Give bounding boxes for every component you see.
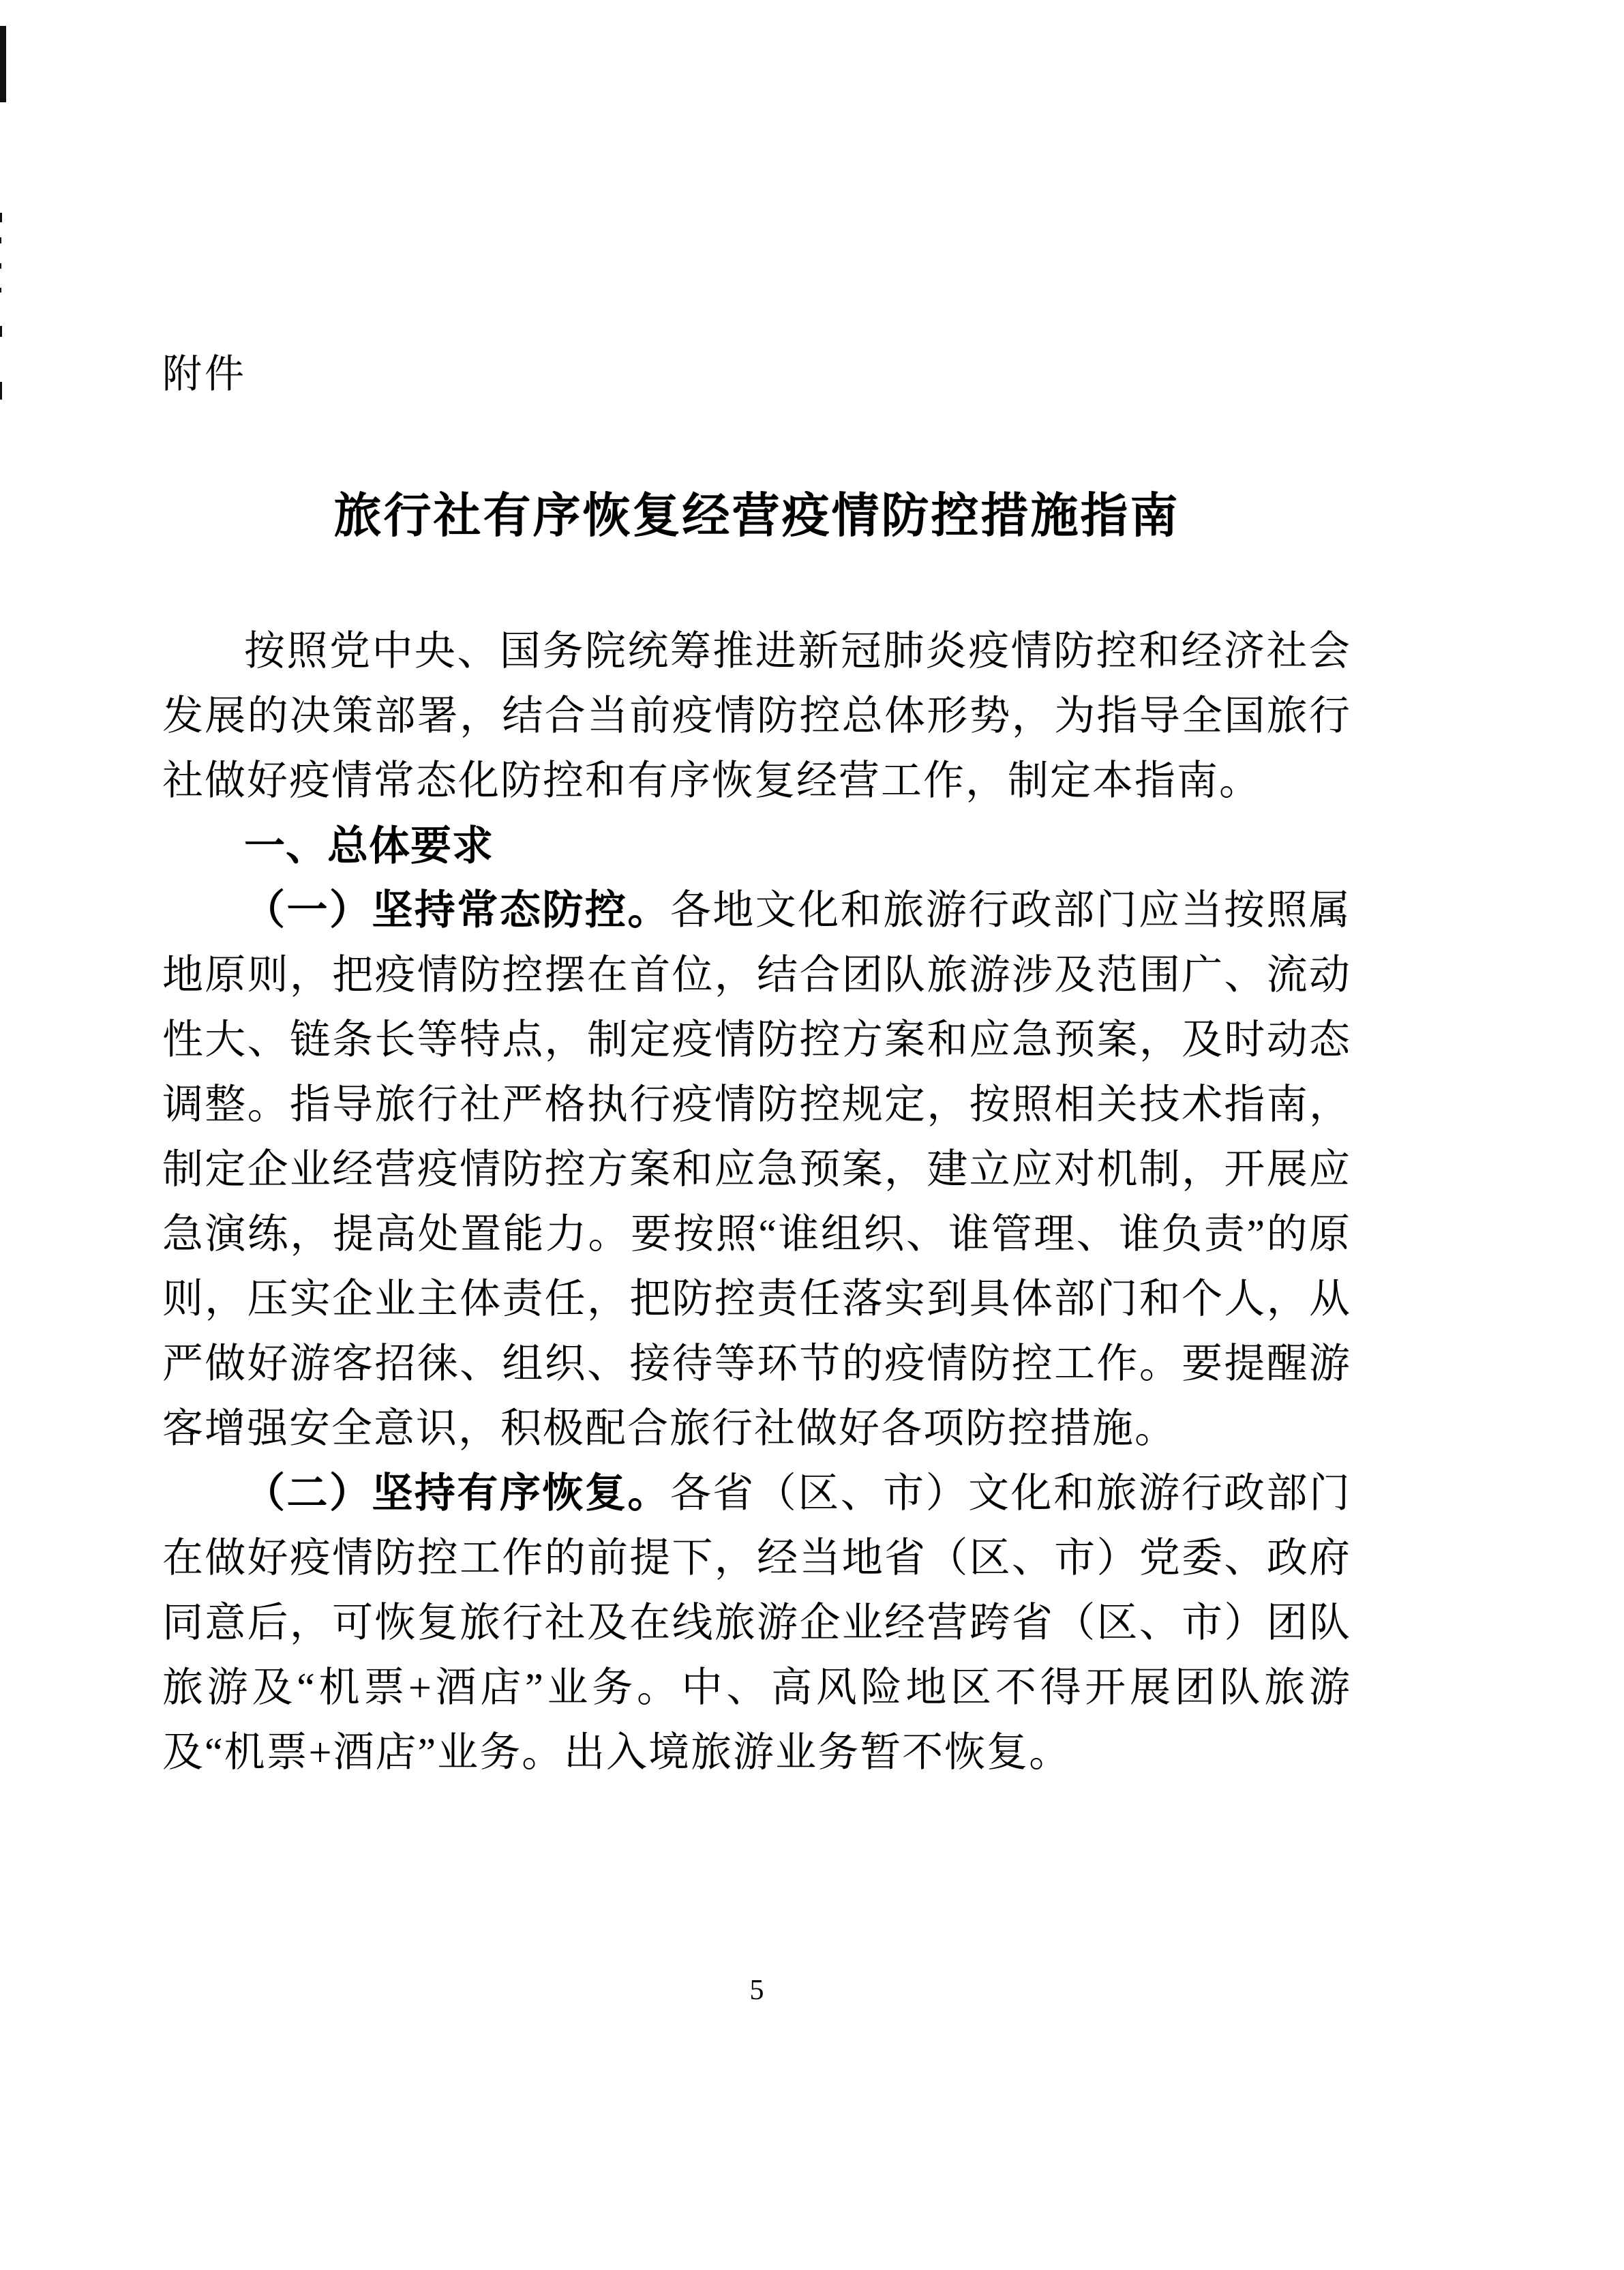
item-2-text: 各省（区、市）文化和旅游行政部门在做好疫情防控工作的前提下，经当地省（区、市）党… — [162, 1471, 1351, 1775]
page-number: 5 — [162, 1976, 1351, 2005]
item-1-lead: （一）坚持常态防控。 — [244, 888, 670, 933]
document-page: 附件 旅行社有序恢复经营疫情防控措施指南 按照党中央、国务院统筹推进新冠肺炎疫情… — [0, 0, 1624, 2270]
document-title: 旅行社有序恢复经营疫情防控措施指南 — [162, 487, 1351, 547]
document-body: 按照党中央、国务院统筹推进新冠肺炎疫情防控和经济社会发展的决策部署，结合当前疫情… — [162, 619, 1351, 1785]
item-1-text: 各地文化和旅游行政部门应当按照属地原则，把疫情防控摆在首位，结合团队旅游涉及范围… — [162, 888, 1351, 1451]
scan-artifact-mark — [0, 263, 1, 269]
attachment-label: 附件 — [162, 355, 247, 394]
intro-paragraph: 按照党中央、国务院统筹推进新冠肺炎疫情防控和经济社会发展的决策部署，结合当前疫情… — [162, 619, 1351, 813]
scan-artifact-mark — [0, 288, 1, 293]
scan-artifact-mark — [0, 382, 2, 400]
scan-artifact-mark — [0, 213, 2, 222]
scan-artifact-mark — [0, 326, 2, 337]
item-2-lead: （二）坚持有序恢复。 — [244, 1471, 670, 1516]
item-paragraph-2: （二）坚持有序恢复。各省（区、市）文化和旅游行政部门在做好疫情防控工作的前提下，… — [162, 1461, 1351, 1785]
section-heading: 一、总体要求 — [162, 813, 1351, 878]
item-paragraph-1: （一）坚持常态防控。各地文化和旅游行政部门应当按照属地原则，把疫情防控摆在首位，… — [162, 878, 1351, 1461]
scan-artifact-bar — [0, 26, 6, 102]
scan-artifact-mark — [0, 237, 1, 243]
